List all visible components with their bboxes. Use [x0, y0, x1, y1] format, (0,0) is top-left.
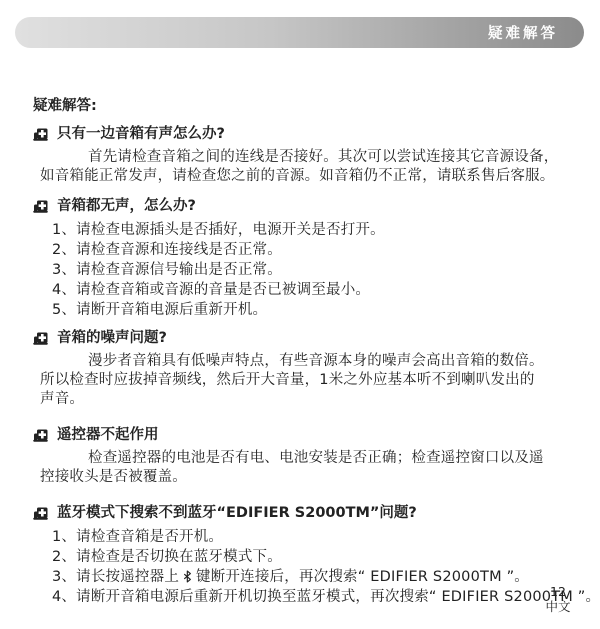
section-title: 只有一边音箱有声怎么办? [57, 126, 225, 143]
speaker-icon [33, 427, 48, 442]
section-head: 音箱的噪声问题? [33, 330, 572, 347]
faq-heading: 疑难解答: [33, 94, 97, 115]
paragraph-line: 所以检查时应拔掉音频线，然后开大音量，1米之外应基本听不到喇叭发出的 [40, 371, 572, 390]
list-item: 2、请检查音源和连接线是否正常。 [52, 240, 572, 260]
section-title: 音箱的噪声问题? [57, 330, 167, 347]
faq-section-one-side-no-sound: 只有一边音箱有声怎么办? 首先请检查音箱之间的连线是否接好。其次可以尝试连接其它… [33, 126, 572, 186]
section-head: 遥控器不起作用 [33, 427, 572, 444]
section-head: 蓝牙模式下搜索不到蓝牙“EDIFIER S2000TM”问题? [33, 505, 572, 522]
list-item-with-bluetooth: 3、请长按遥控器上键断开连接后，再次搜索“ EDIFIER S2000TM ”。 [52, 567, 572, 587]
page-header-bar: 疑难解答 [15, 17, 584, 48]
list-item: 1、请检查电源插头是否插好，电源开关是否打开。 [52, 220, 572, 240]
section-paragraph: 首先请检查音箱之间的连线是否接好。其次可以尝试连接其它音源设备， 如音箱能正常发… [40, 148, 572, 186]
header-section-title: 疑难解答 [488, 22, 558, 43]
faq-section-both-speakers-silent: 音箱都无声，怎么办? 1、请检查电源插头是否插好，电源开关是否打开。 2、请检查… [33, 198, 572, 320]
language-label: 中文 [538, 600, 578, 615]
list-item: 3、请检查音源信号输出是否正常。 [52, 260, 572, 280]
section-title: 遥控器不起作用 [57, 427, 159, 444]
list-item: 4、请断开音箱电源后重新开机切换至蓝牙模式，再次搜索“ EDIFIER S200… [52, 587, 572, 607]
list-item: 1、请检查音箱是否开机。 [52, 527, 572, 547]
page-number: 12 [538, 585, 578, 600]
section-head: 只有一边音箱有声怎么办? [33, 126, 572, 143]
section-paragraph: 检查遥控器的电池是否有电、电池安装是否正确；检查遥控窗口以及遥 控接收头是否被覆… [40, 449, 572, 487]
list-item-text: 键断开连接后，再次搜索“ EDIFIER S2000TM ”。 [196, 569, 529, 585]
faq-section-remote-not-working: 遥控器不起作用 检查遥控器的电池是否有电、电池安装是否正确；检查遥控窗口以及遥 … [33, 427, 572, 487]
speaker-icon [33, 330, 48, 345]
section-list: 1、请检查音箱是否开机。 2、请检查是否切换在蓝牙模式下。 3、请长按遥控器上键… [52, 527, 572, 607]
speaker-icon [33, 505, 48, 520]
list-item: 5、请断开音箱电源后重新开机。 [52, 300, 572, 320]
paragraph-line: 如音箱能正常发声，请检查您之前的音源。如音箱仍不正常，请联系售后客服。 [40, 167, 572, 186]
section-title: 蓝牙模式下搜索不到蓝牙“EDIFIER S2000TM”问题? [57, 505, 417, 522]
section-list: 1、请检查电源插头是否插好，电源开关是否打开。 2、请检查音源和连接线是否正常。… [52, 220, 572, 320]
faq-section-bluetooth-not-found: 蓝牙模式下搜索不到蓝牙“EDIFIER S2000TM”问题? 1、请检查音箱是… [33, 505, 572, 607]
speaker-icon [33, 126, 48, 141]
section-head: 音箱都无声，怎么办? [33, 198, 572, 215]
paragraph-line: 漫步者音箱具有低噪声特点，有些音源本身的噪声会高出音箱的数倍。 [40, 352, 572, 371]
faq-section-speaker-noise: 音箱的噪声问题? 漫步者音箱具有低噪声特点，有些音源本身的噪声会高出音箱的数倍。… [33, 330, 572, 410]
paragraph-line: 声音。 [40, 390, 572, 409]
section-title: 音箱都无声，怎么办? [57, 198, 196, 215]
speaker-icon [33, 198, 48, 213]
page-footer: 12 中文 [538, 585, 578, 614]
list-item: 4、请检查音箱或音源的音量是否已被调至最小。 [52, 280, 572, 300]
manual-page: 疑难解答 疑难解答: 只有一边音箱有声怎么办? 首先请检查音箱之间的连线是否接好… [0, 0, 600, 629]
list-item-text: 3、请长按遥控器上 [52, 569, 179, 585]
paragraph-line: 控接收头是否被覆盖。 [40, 468, 572, 487]
list-item: 2、请检查是否切换在蓝牙模式下。 [52, 547, 572, 567]
section-paragraph: 漫步者音箱具有低噪声特点，有些音源本身的噪声会高出音箱的数倍。 所以检查时应拔掉… [40, 352, 572, 410]
paragraph-line: 检查遥控器的电池是否有电、电池安装是否正确；检查遥控窗口以及遥 [40, 449, 572, 468]
bluetooth-icon [179, 569, 196, 585]
paragraph-line: 首先请检查音箱之间的连线是否接好。其次可以尝试连接其它音源设备， [40, 148, 572, 167]
